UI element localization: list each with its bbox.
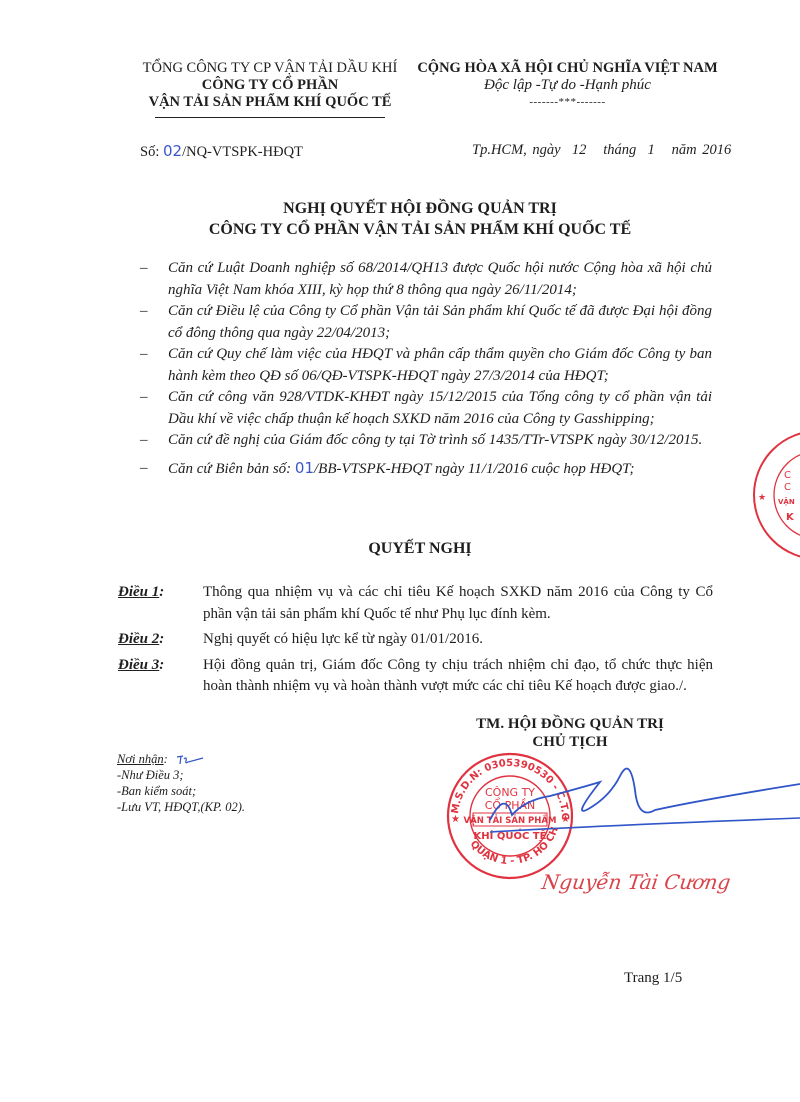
dash-bullet: – (140, 430, 148, 452)
basis-text: Căn cứ Luật Doanh nghiệp số 68/2014/QH13… (168, 260, 712, 298)
handwritten-number: 02 (163, 142, 182, 160)
basis-text: /BB-VTSPK-HĐQT ngày 11/1/2016 cuộc họp H… (314, 461, 635, 477)
basis-item: –Căn cứ Điều lệ của Công ty Cổ phần Vận … (140, 301, 712, 344)
article-label: Điều 3: (118, 655, 164, 677)
basis-item: –Căn cứ công văn 928/VTDK-KHĐT ngày 15/1… (140, 387, 712, 430)
chairman-label: CHỦ TỊCH (430, 733, 710, 751)
article-2: Điều 2: Nghị quyết có hiệu lực kể từ ngà… (118, 629, 713, 651)
recipient-item: -Ban kiểm soát; (117, 783, 245, 799)
recipient-item: -Lưu VT, HĐQT,(KP. 02). (117, 799, 245, 815)
article-label: Điều 2: (118, 629, 164, 651)
dash-bullet: – (140, 458, 148, 480)
doc-number-prefix: Số: (140, 144, 163, 160)
title-line-2: CÔNG TY CỔ PHẦN VẬN TẢI SẢN PHẨM KHÍ QUỐ… (120, 219, 720, 240)
dash-bullet: – (140, 258, 148, 280)
recipient-item: -Như Điều 3; (117, 767, 245, 783)
title-line-1: NGHỊ QUYẾT HỘI ĐỒNG QUẢN TRỊ (120, 198, 720, 219)
initials-mark-icon (175, 754, 205, 766)
parent-company: TỔNG CÔNG TY CP VẬN TẢI DẦU KHÍ (120, 60, 420, 77)
basis-text: Căn cứ công văn 928/VTDK-KHĐT ngày 15/12… (168, 389, 712, 427)
article-text: Nghị quyết có hiệu lực kể từ ngày 01/01/… (203, 631, 483, 647)
basis-text: Căn cứ đề nghị của Giám đốc công ty tại … (168, 432, 702, 448)
partial-seal-icon: ★ VẬN C C K (748, 420, 800, 570)
basis-text: Căn cứ Biên bản số: (168, 461, 295, 477)
recipients-block: Nơi nhận: -Như Điều 3; -Ban kiểm soát; -… (117, 751, 245, 815)
handwritten-minutes-number: 01 (295, 459, 314, 477)
basis-item: –Căn cứ Quy chế làm việc của HĐQT và phâ… (140, 344, 712, 387)
header-divider (155, 117, 385, 118)
issuer-header: TỔNG CÔNG TY CP VẬN TẢI DẦU KHÍ CÔNG TY … (120, 60, 420, 118)
basis-item: –Căn cứ Luật Doanh nghiệp số 68/2014/QH1… (140, 258, 712, 301)
document-title: NGHỊ QUYẾT HỘI ĐỒNG QUẢN TRỊ CÔNG TY CỔ … (120, 198, 720, 240)
motto-separator: -------***------- (415, 94, 720, 111)
signature-title: TM. HỘI ĐỒNG QUẢN TRỊ CHỦ TỊCH (430, 715, 710, 751)
dash-bullet: – (140, 387, 148, 409)
company-line-1: CÔNG TY CỔ PHẦN (120, 77, 420, 94)
articles-list: Điều 1: Thông qua nhiệm vụ và các chỉ ti… (118, 582, 713, 702)
board-label: TM. HỘI ĐỒNG QUẢN TRỊ (430, 715, 710, 733)
basis-text: Căn cứ Điều lệ của Công ty Cổ phần Vận t… (168, 303, 712, 341)
signature-scribble-icon (470, 760, 800, 850)
svg-text:K: K (786, 512, 795, 523)
basis-item: –Căn cứ Biên bản số: 01/BB-VTSPK-HĐQT ng… (140, 458, 712, 481)
article-1: Điều 1: Thông qua nhiệm vụ và các chỉ ti… (118, 582, 713, 625)
svg-text:C: C (784, 482, 791, 493)
basis-text: Căn cứ Quy chế làm việc của HĐQT và phân… (168, 346, 712, 384)
article-text: Thông qua nhiệm vụ và các chỉ tiêu Kế ho… (203, 584, 713, 622)
national-header: CỘNG HÒA XÃ HỘI CHỦ NGHĨA VIỆT NAM Độc l… (415, 60, 720, 111)
dash-bullet: – (140, 344, 148, 366)
basis-item: –Căn cứ đề nghị của Giám đốc công ty tại… (140, 430, 712, 452)
doc-number-suffix: /NQ-VTSPK-HĐQT (182, 144, 303, 160)
decision-heading: QUYẾT NGHỊ (120, 540, 720, 558)
article-label: Điều 1: (118, 582, 164, 604)
country-name: CỘNG HÒA XÃ HỘI CHỦ NGHĨA VIỆT NAM (415, 60, 720, 77)
national-motto: Độc lập -Tự do -Hạnh phúc (415, 77, 720, 94)
legal-basis-list: –Căn cứ Luật Doanh nghiệp số 68/2014/QH1… (140, 258, 712, 480)
signer-name: Nguyễn Tài Cương (540, 870, 732, 894)
svg-text:★: ★ (758, 492, 766, 502)
svg-text:C: C (784, 470, 791, 481)
page-number: Trang 1/5 (624, 970, 682, 987)
recipients-heading: Nơi nhận: (117, 751, 245, 767)
article-3: Điều 3: Hội đồng quản trị, Giám đốc Công… (118, 655, 713, 698)
svg-text:VẬN: VẬN (778, 497, 795, 506)
document-number: Số: 02/NQ-VTSPK-HĐQT (140, 142, 303, 161)
company-line-2: VẬN TẢI SẢN PHẨM KHÍ QUỐC TẾ (120, 94, 420, 111)
document-date: Tp.HCM, ngày 12 tháng 1 năm 2016 (472, 142, 731, 159)
article-text: Hội đồng quản trị, Giám đốc Công ty chịu… (203, 657, 713, 695)
svg-text:★: ★ (451, 814, 460, 825)
dash-bullet: – (140, 301, 148, 323)
